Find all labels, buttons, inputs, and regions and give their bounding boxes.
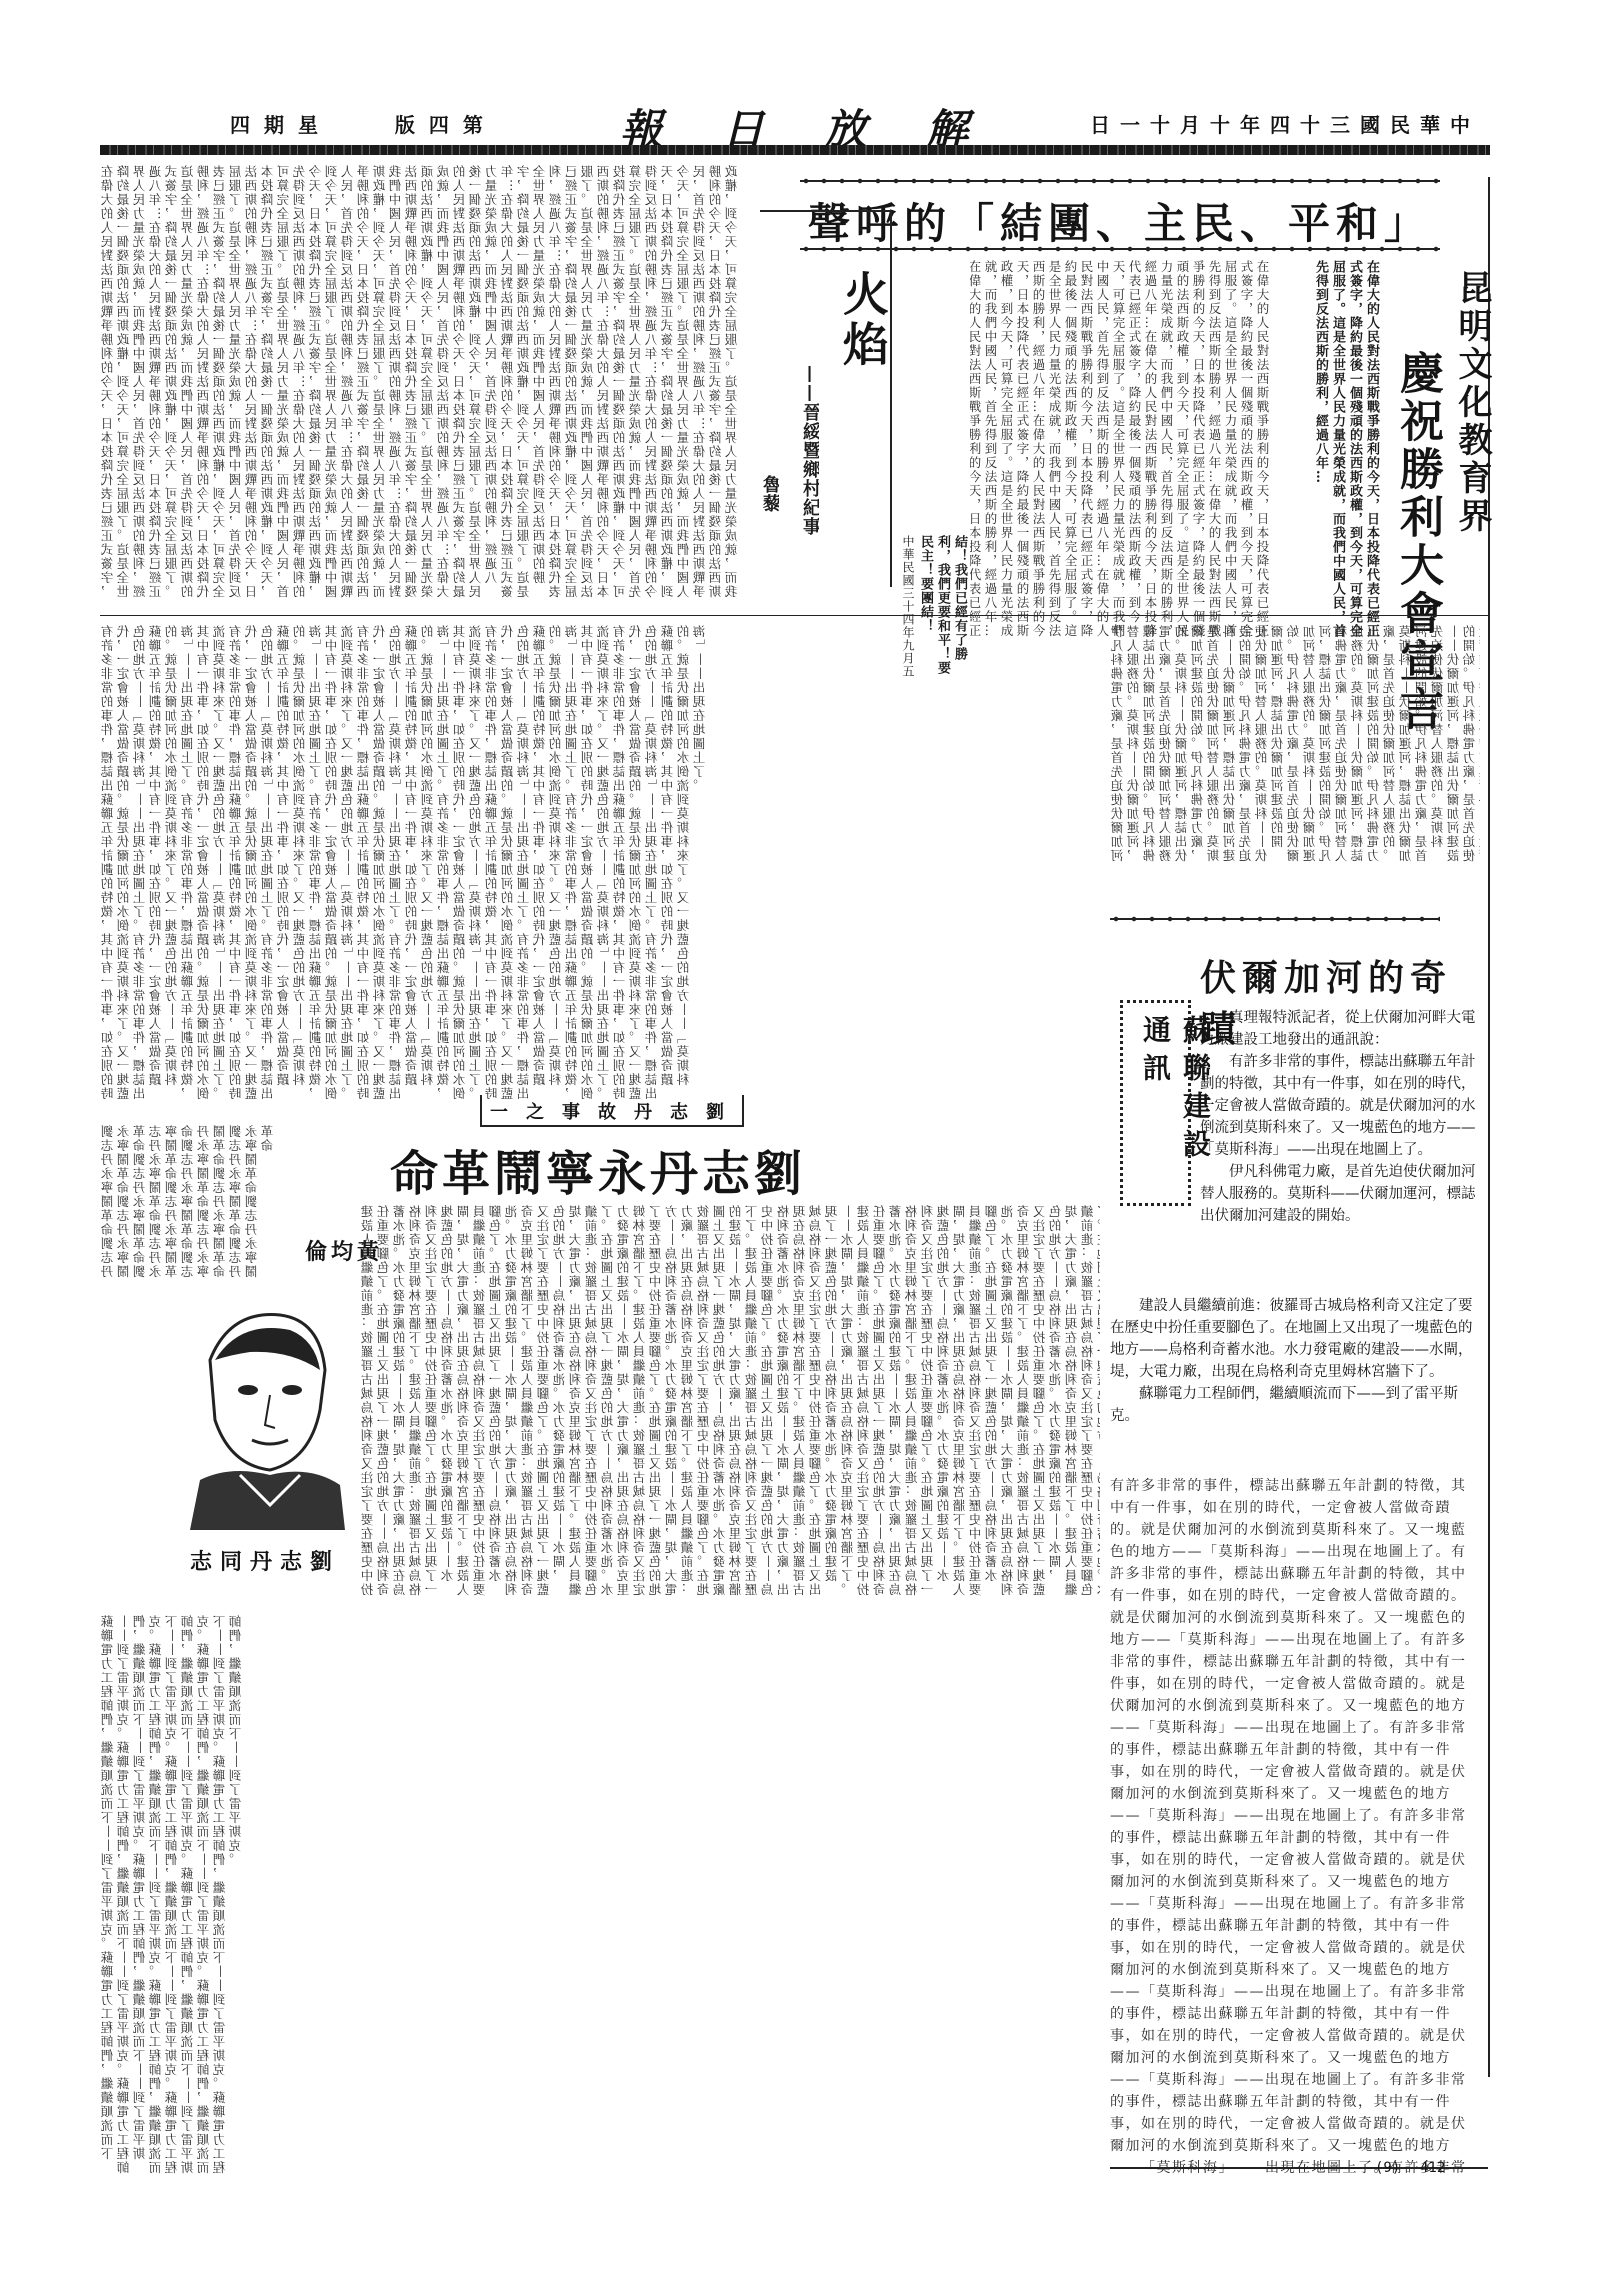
- declaration-body: 在偉大的人民對法西斯戰爭勝利的今天，日本投降代表已經正式簽字，降約最後一個殘頑的…: [970, 260, 1270, 640]
- banner-top-rule: [800, 177, 1440, 185]
- banner-bottom-rule: [800, 245, 1440, 253]
- declaration-lead: 在偉大的人民對法西斯戰爭勝利的今天，日本投降代表已經正式簽字，降約最後一個殘頑的…: [1280, 260, 1380, 640]
- edition-label: 第四版: [395, 113, 497, 137]
- liu-title: 劉志丹永寧鬧革命: [390, 1135, 806, 1204]
- volga-top-rule: [1110, 915, 1440, 923]
- volga-para3: 建設人員繼續前進：彼羅哥古城烏格利奇又注定了要在歷史中扮任重要腳色了。在地圖上又…: [1110, 1295, 1480, 1383]
- portrait-caption: 劉志丹同志: [190, 1545, 340, 1576]
- page-marker: (9): [1375, 2160, 1400, 2176]
- edition-info: 第四版 星期四: [230, 109, 497, 138]
- newspaper-page: 第四版 星期四 解放日報 中華民國三十四年十月十一日 「和平、民主、團結」的呼聲…: [100, 95, 1490, 2155]
- volga-para1: 有許多非常的事件，標誌出蘇聯五年計劃的特徵，其中有一件事，如在別的時代，一定會被…: [1200, 1051, 1480, 1161]
- liu-body-intro: 劉志丹永寧鬧革命劉志丹永寧鬧革命劉志丹永寧鬧革命劉志丹永寧鬧革命劉志丹永寧鬧革命…: [100, 1125, 380, 1285]
- volga-para4: 蘇聯電力工程師們，繼續順流而下——到了雷平斯克。: [1110, 1383, 1480, 1427]
- series-label: 劉志丹故事之一: [490, 1098, 742, 1124]
- issue-date: 中華民國三十四年十月十一日: [1090, 109, 1480, 138]
- portrait-liu-zhidan: [170, 1290, 350, 1530]
- volga-para2: 伊凡科佛電力廠，是首先迫使伏爾加河替人服務的。莫斯科——伏爾加運河，標誌出伏爾加…: [1200, 1161, 1480, 1227]
- masthead: 第四版 星期四 解放日報 中華民國三十四年十月十一日: [100, 95, 1490, 143]
- liu-body-lower: 蘇聯電力工程師們，繼續順流而下——到了雷平斯克。蘇聯電力工程師們，繼續順流而下—…: [100, 1615, 1100, 2175]
- fire-body-middle: 有許多非常的事件，標誌出蘇聯五年計劃的特徵，其中有一件事，如在別的時代，一定會被…: [100, 625, 1100, 1105]
- page-number: 412: [1420, 2160, 1445, 2176]
- declaration-banner: 「和平、民主、團結」的呼聲: [800, 191, 1440, 251]
- volga-body: 真理報特派記者，從上伏爾加河畔大電力廠建設工地發出的通訊說： 有許多非常的事件，…: [1200, 1007, 1480, 1227]
- section-divider: [100, 615, 1488, 616]
- fire-body-right: 伊凡科佛電力廠，是首先迫使伏爾加河替人服務的。莫斯科——伏爾加運河，標誌出伏爾加…: [1110, 625, 1480, 875]
- fire-subtitle: ——晉綏暨鄉村紀事: [795, 365, 819, 565]
- volga-body-more: 有許多非常的事件，標誌出蘇聯五年計劃的特徵，其中有一件事，如在別的時代，一定會被…: [1110, 1475, 1480, 2175]
- fire-body-upper: 在偉大的人民對法西斯戰爭勝利的今天，日本投降代表已經正式簽字，降約最後一個殘頑的…: [100, 165, 740, 605]
- liu-body-upper: 建設人員繼續前進：彼羅哥古城烏格利奇又注定了要在歷史中扮任重要腳色了。在地圖上又…: [360, 1205, 1100, 1605]
- fire-author: 魯藜: [755, 475, 779, 535]
- masthead-rule: [100, 145, 1490, 155]
- volga-lead: 真理報特派記者，從上伏爾加河畔大電力廠建設工地發出的通訊說：: [1200, 1007, 1480, 1051]
- fire-title: 火焰: [830, 270, 896, 470]
- weekday-label: 星期四: [230, 113, 332, 137]
- volga-body-cont: 建設人員繼續前進：彼羅哥古城烏格利奇又注定了要在歷史中扮任重要腳色了。在地圖上又…: [1110, 1295, 1480, 1427]
